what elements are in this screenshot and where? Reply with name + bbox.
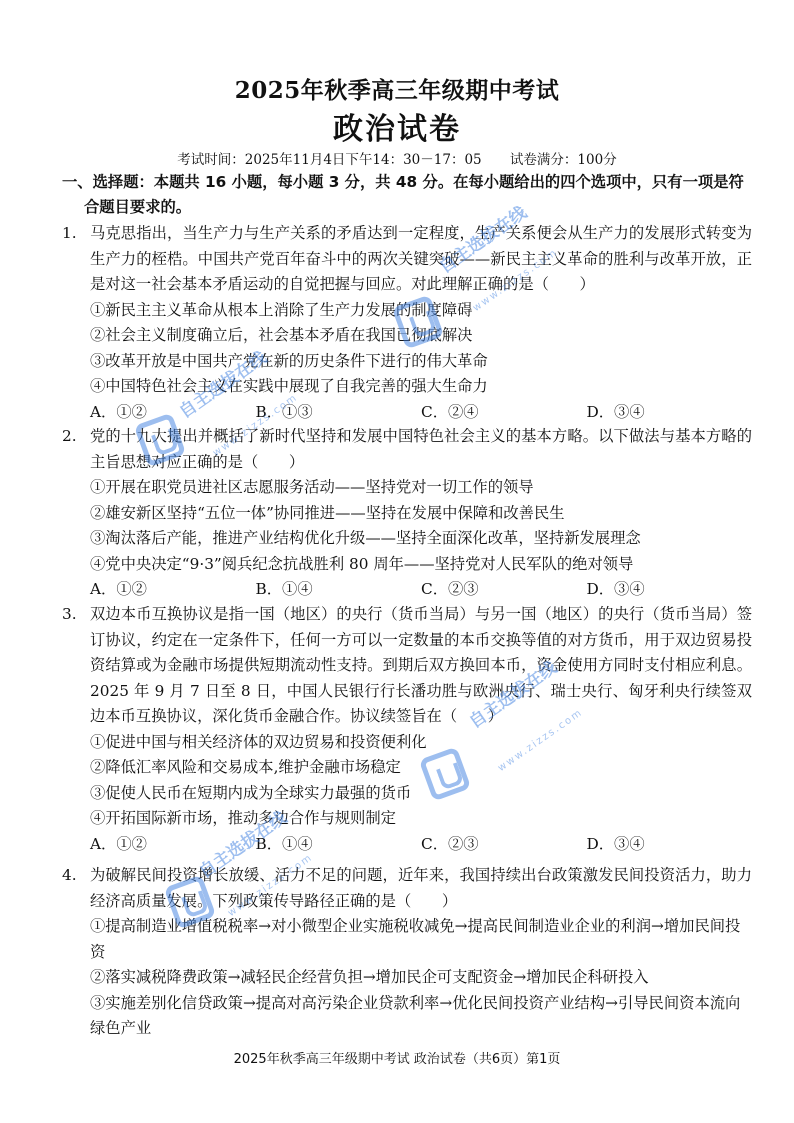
exam-title: 2025年秋季高三年级期中考试 [0, 72, 794, 105]
option-c: C．②③ [421, 832, 587, 858]
option-c: C．②③ [421, 577, 587, 603]
question-number: 2. [62, 424, 77, 450]
full-score: 试卷满分：100分 [510, 152, 617, 168]
option-a: A．①② [90, 832, 256, 858]
question-number: 1. [62, 221, 77, 247]
option-d: D．③④ [587, 577, 753, 603]
option-d: D．③④ [587, 400, 753, 426]
section-heading: 一、选择题：本题共 16 小题，每小题 3 分，共 48 分。在每小题给出的四个… [62, 170, 752, 220]
question-number: 4. [62, 863, 77, 889]
statement-item: ④中国特色社会主义在实践中展现了自我完善的强大生命力 [90, 374, 752, 400]
page-footer: 2025年秋季高三年级期中考试 政治试卷（共6页）第1页 [0, 1048, 794, 1067]
question-stem: 党的十九大提出并概括了新时代坚持和发展中国特色社会主义的基本方略。以下做法与基本… [90, 424, 752, 475]
statement-item: ②雄安新区坚持“五位一体”协同推进——坚持在发展中保障和改善民生 [90, 501, 752, 527]
exam-page: 2025年秋季高三年级期中考试 政治试卷 考试时间：2025年11月4日下午14… [0, 0, 794, 1123]
statement-item: ②落实减税降费政策→减轻民企经营负担→增加民企可支配资金→增加民企科研投入 [90, 965, 752, 991]
answer-options: A．①② B．①④ C．②③ D．③④ [90, 832, 752, 858]
option-c: C．②④ [421, 400, 587, 426]
option-b: B．①④ [256, 577, 422, 603]
option-d: D．③④ [587, 832, 753, 858]
option-b: B．①④ [256, 832, 422, 858]
question-stem: 双边本币互换协议是指一国（地区）的央行（货币当局）与另一国（地区）的央行（货币当… [90, 602, 752, 730]
statement-item: ③淘汰落后产能，推进产业结构优化升级——坚持全面深化改革，坚持新发展理念 [90, 526, 752, 552]
statement-item: ③实施差别化信贷政策→提高对高污染企业贷款利率→优化民间投资产业结构→引导民间资… [90, 991, 752, 1042]
statement-item: ①促进中国与相关经济体的双边贸易和投资便利化 [90, 730, 752, 756]
question-3: 3. 双边本币互换协议是指一国（地区）的央行（货币当局）与另一国（地区）的央行（… [62, 602, 752, 857]
statement-item: ④开拓国际新市场，推动多边合作与规则制定 [90, 806, 752, 832]
statement-item: ①开展在职党员进社区志愿服务活动——坚持党对一切工作的领导 [90, 475, 752, 501]
statement-item: ④党中央决定“9·3”阅兵纪念抗战胜利 80 周年——坚持党对人民军队的绝对领导 [90, 552, 752, 578]
exam-time: 考试时间：2025年11月4日下午14：30－17：05 [177, 152, 481, 168]
option-a: A．①② [90, 577, 256, 603]
section-heading-line1: 一、选择题：本题共 16 小题，每小题 3 分，共 48 分。在每小题给出的四个… [62, 170, 752, 195]
statement-item: ③促使人民币在短期内成为全球实力最强的货币 [90, 781, 752, 807]
subject-title: 政治试卷 [0, 104, 794, 148]
question-stem: 马克思指出，当生产力与生产关系的矛盾达到一定程度，生产关系便会从生产力的发展形式… [90, 221, 752, 298]
statement-item: ③改革开放是中国共产党在新的历史条件下进行的伟大革命 [90, 349, 752, 375]
exam-meta: 考试时间：2025年11月4日下午14：30－17：05 试卷满分：100分 [0, 148, 794, 168]
answer-options: A．①② B．①④ C．②③ D．③④ [90, 577, 752, 603]
answer-options: A．①② B．①③ C．②④ D．③④ [90, 400, 752, 426]
section-heading-line2: 合题目要求的。 [62, 195, 752, 220]
question-number: 3. [62, 602, 77, 628]
